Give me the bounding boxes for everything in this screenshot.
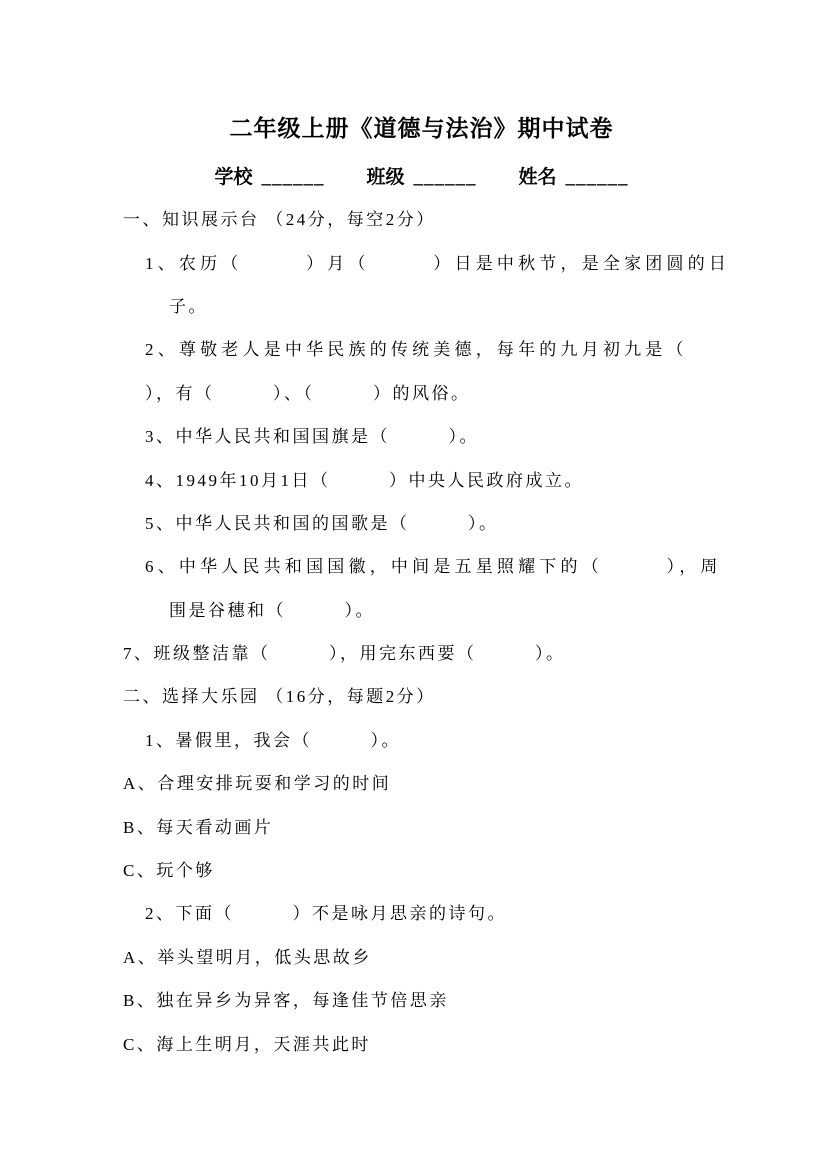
text-line: 围是谷穗和（ ）。 [169, 587, 720, 630]
exam-title: 二年级上册《道德与法治》期中试卷 [123, 112, 720, 146]
student-info-header: 学校______班级______姓名______ [123, 162, 720, 194]
text-line: 3、中华人民共和国国旗是（ ）。 [145, 413, 720, 456]
text-line: B、每天看动画片 [123, 803, 720, 846]
header-field-label: 姓名 [519, 162, 557, 194]
header-field: 学校______ [214, 162, 324, 194]
exam-paper-page: 二年级上册《道德与法治》期中试卷 学校______班级______姓名_____… [0, 0, 826, 1169]
header-field: 姓名______ [519, 162, 629, 194]
text-line: 二、选择大乐园 （16分，每题2分） [123, 673, 720, 716]
text-line: 1、农历（ ）月（ ）日是中秋节，是全家团圆的日 [145, 239, 720, 282]
header-field-blank[interactable]: ______ [566, 162, 629, 194]
text-line: 1、暑假里，我会（ ）。 [145, 717, 720, 760]
header-field-blank[interactable]: ______ [261, 162, 324, 194]
text-line: 子。 [169, 283, 720, 326]
header-field: 班级______ [366, 162, 476, 194]
text-line: B、独在异乡为异客，每逢佳节倍思亲 [123, 977, 720, 1020]
text-line: A、举头望明月，低头思故乡 [123, 934, 720, 977]
text-line: 4、1949年10月1日（ ）中央人民政府成立。 [145, 456, 720, 499]
text-line: C、海上生明月，天涯共此时 [123, 1020, 720, 1063]
exam-body: 一、知识展示台 （24分，每空2分）1、农历（ ）月（ ）日是中秋节，是全家团圆… [123, 196, 720, 1064]
text-line: C、玩个够 [123, 847, 720, 890]
text-line: A、合理安排玩耍和学习的时间 [123, 760, 720, 803]
text-line: 6、中华人民共和国国徽，中间是五星照耀下的（ ），周 [145, 543, 720, 586]
text-line: 7、班级整洁靠（ ），用完东西要（ ）。 [123, 630, 720, 673]
text-line: 2、尊敬老人是中华民族的传统美德，每年的九月初九是（ [145, 326, 720, 369]
text-line: 5、中华人民共和国的国歌是（ ）。 [145, 500, 720, 543]
text-line: 2、下面（ ）不是咏月思亲的诗句。 [145, 890, 720, 933]
header-field-label: 学校 [214, 162, 252, 194]
text-line: ），有（ ）、（ ）的风俗。 [145, 370, 720, 413]
text-line: 一、知识展示台 （24分，每空2分） [123, 196, 720, 239]
header-field-label: 班级 [366, 162, 404, 194]
header-field-blank[interactable]: ______ [414, 162, 477, 194]
